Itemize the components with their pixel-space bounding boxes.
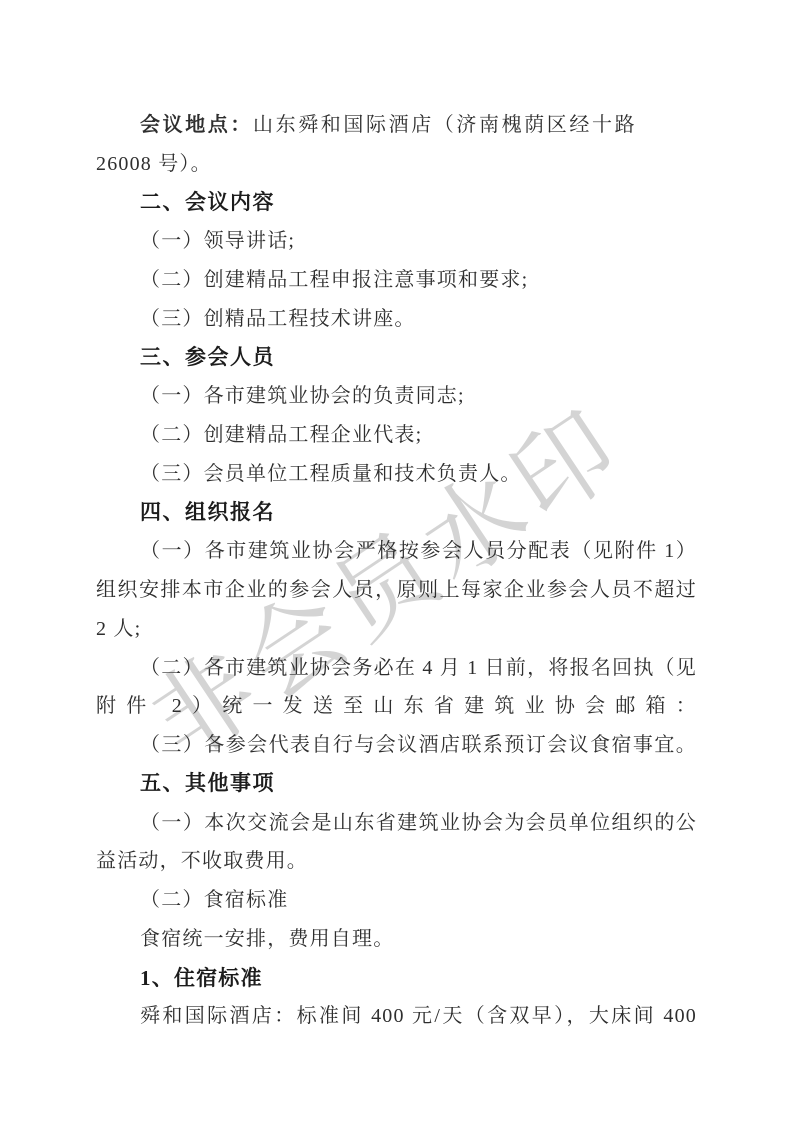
text-line: （一）各市建筑业协会严格按参会人员分配表（见附件 1） bbox=[96, 532, 697, 571]
line-text: 组织安排本市企业的参会人员，原则上每家企业参会人员不超过 bbox=[96, 579, 697, 601]
line-text: 益活动，不收取费用。 bbox=[96, 850, 308, 872]
line-text: 2 人; bbox=[96, 618, 141, 640]
line-text: （二）食宿标准 bbox=[140, 889, 288, 911]
text-line: （二）创建精品工程企业代表; bbox=[96, 416, 697, 455]
line-text: （二）创建精品工程企业代表; bbox=[140, 424, 422, 446]
text-line: （二）食宿标准 bbox=[96, 881, 697, 920]
text-line: （一）各市建筑业协会的负责同志; bbox=[96, 377, 697, 416]
text-line: （一）本次交流会是山东省建筑业协会为会员单位组织的公 bbox=[96, 804, 697, 843]
text-line: （一）领导讲话; bbox=[96, 222, 697, 261]
section-heading: 四、组织报名 bbox=[96, 494, 697, 533]
text-line: 组织安排本市企业的参会人员，原则上每家企业参会人员不超过 bbox=[96, 571, 697, 610]
line-text: （三）创精品工程技术讲座。 bbox=[140, 308, 416, 330]
line-text: （二）创建精品工程申报注意事项和要求; bbox=[140, 269, 528, 291]
line-text: 附件 2）统一发送至山东省建筑业协会邮箱：164992070@qq.com; bbox=[96, 695, 697, 726]
text-line: 会议地点：山东舜和国际酒店（济南槐荫区经十路 bbox=[96, 106, 697, 145]
document-page: 非会员水印 会议地点：山东舜和国际酒店（济南槐荫区经十路26008 号）。二、会… bbox=[0, 0, 793, 1122]
line-text: （三）各参会代表自行与会议酒店联系预订会议食宿事宜。 bbox=[140, 734, 697, 756]
text-line: （三）会员单位工程质量和技术负责人。 bbox=[96, 455, 697, 494]
section-heading: 五、其他事项 bbox=[96, 765, 697, 804]
line-lead-label: 会议地点： bbox=[140, 114, 253, 136]
text-line: 26008 号）。 bbox=[96, 145, 697, 184]
section-heading: 二、会议内容 bbox=[96, 184, 697, 223]
line-text: 山东舜和国际酒店（济南槐荫区经十路 bbox=[253, 114, 637, 136]
text-line: 舜和国际酒店：标准间 400 元/天（含双早），大床间 400 bbox=[96, 997, 697, 1036]
line-text: 四、组织报名 bbox=[140, 501, 275, 524]
text-line: （三）创精品工程技术讲座。 bbox=[96, 300, 697, 339]
line-text: （二）各市建筑业协会务必在 4 月 1 日前，将报名回执（见 bbox=[140, 657, 697, 679]
line-text: 食宿统一安排，费用自理。 bbox=[140, 928, 394, 950]
sub-heading: 1、住宿标准 bbox=[96, 959, 697, 998]
document-content: 会议地点：山东舜和国际酒店（济南槐荫区经十路26008 号）。二、会议内容（一）… bbox=[96, 106, 697, 1036]
line-text: （三）会员单位工程质量和技术负责人。 bbox=[140, 463, 522, 485]
line-text: 三、参会人员 bbox=[140, 346, 275, 369]
line-text: （一）各市建筑业协会严格按参会人员分配表（见附件 1） bbox=[140, 540, 697, 562]
line-text: 1、住宿标准 bbox=[140, 966, 263, 990]
text-line: （二）各市建筑业协会务必在 4 月 1 日前，将报名回执（见 bbox=[96, 649, 697, 688]
line-text: 舜和国际酒店：标准间 400 元/天（含双早），大床间 400 bbox=[140, 1005, 697, 1027]
text-line: 食宿统一安排，费用自理。 bbox=[96, 920, 697, 959]
text-line: （三）各参会代表自行与会议酒店联系预订会议食宿事宜。 bbox=[96, 726, 697, 765]
text-line: 益活动，不收取费用。 bbox=[96, 842, 697, 881]
text-line: 附件 2）统一发送至山东省建筑业协会邮箱：164992070@qq.com; bbox=[96, 687, 697, 726]
line-text: （一）领导讲话; bbox=[140, 230, 295, 252]
section-heading: 三、参会人员 bbox=[96, 339, 697, 378]
line-text: （一）本次交流会是山东省建筑业协会为会员单位组织的公 bbox=[140, 812, 697, 834]
line-text: 五、其他事项 bbox=[140, 772, 275, 795]
line-text: （一）各市建筑业协会的负责同志; bbox=[140, 385, 465, 407]
text-line: 2 人; bbox=[96, 610, 697, 649]
line-text: 26008 号）。 bbox=[96, 153, 212, 175]
text-line: （二）创建精品工程申报注意事项和要求; bbox=[96, 261, 697, 300]
line-text: 二、会议内容 bbox=[140, 191, 275, 214]
